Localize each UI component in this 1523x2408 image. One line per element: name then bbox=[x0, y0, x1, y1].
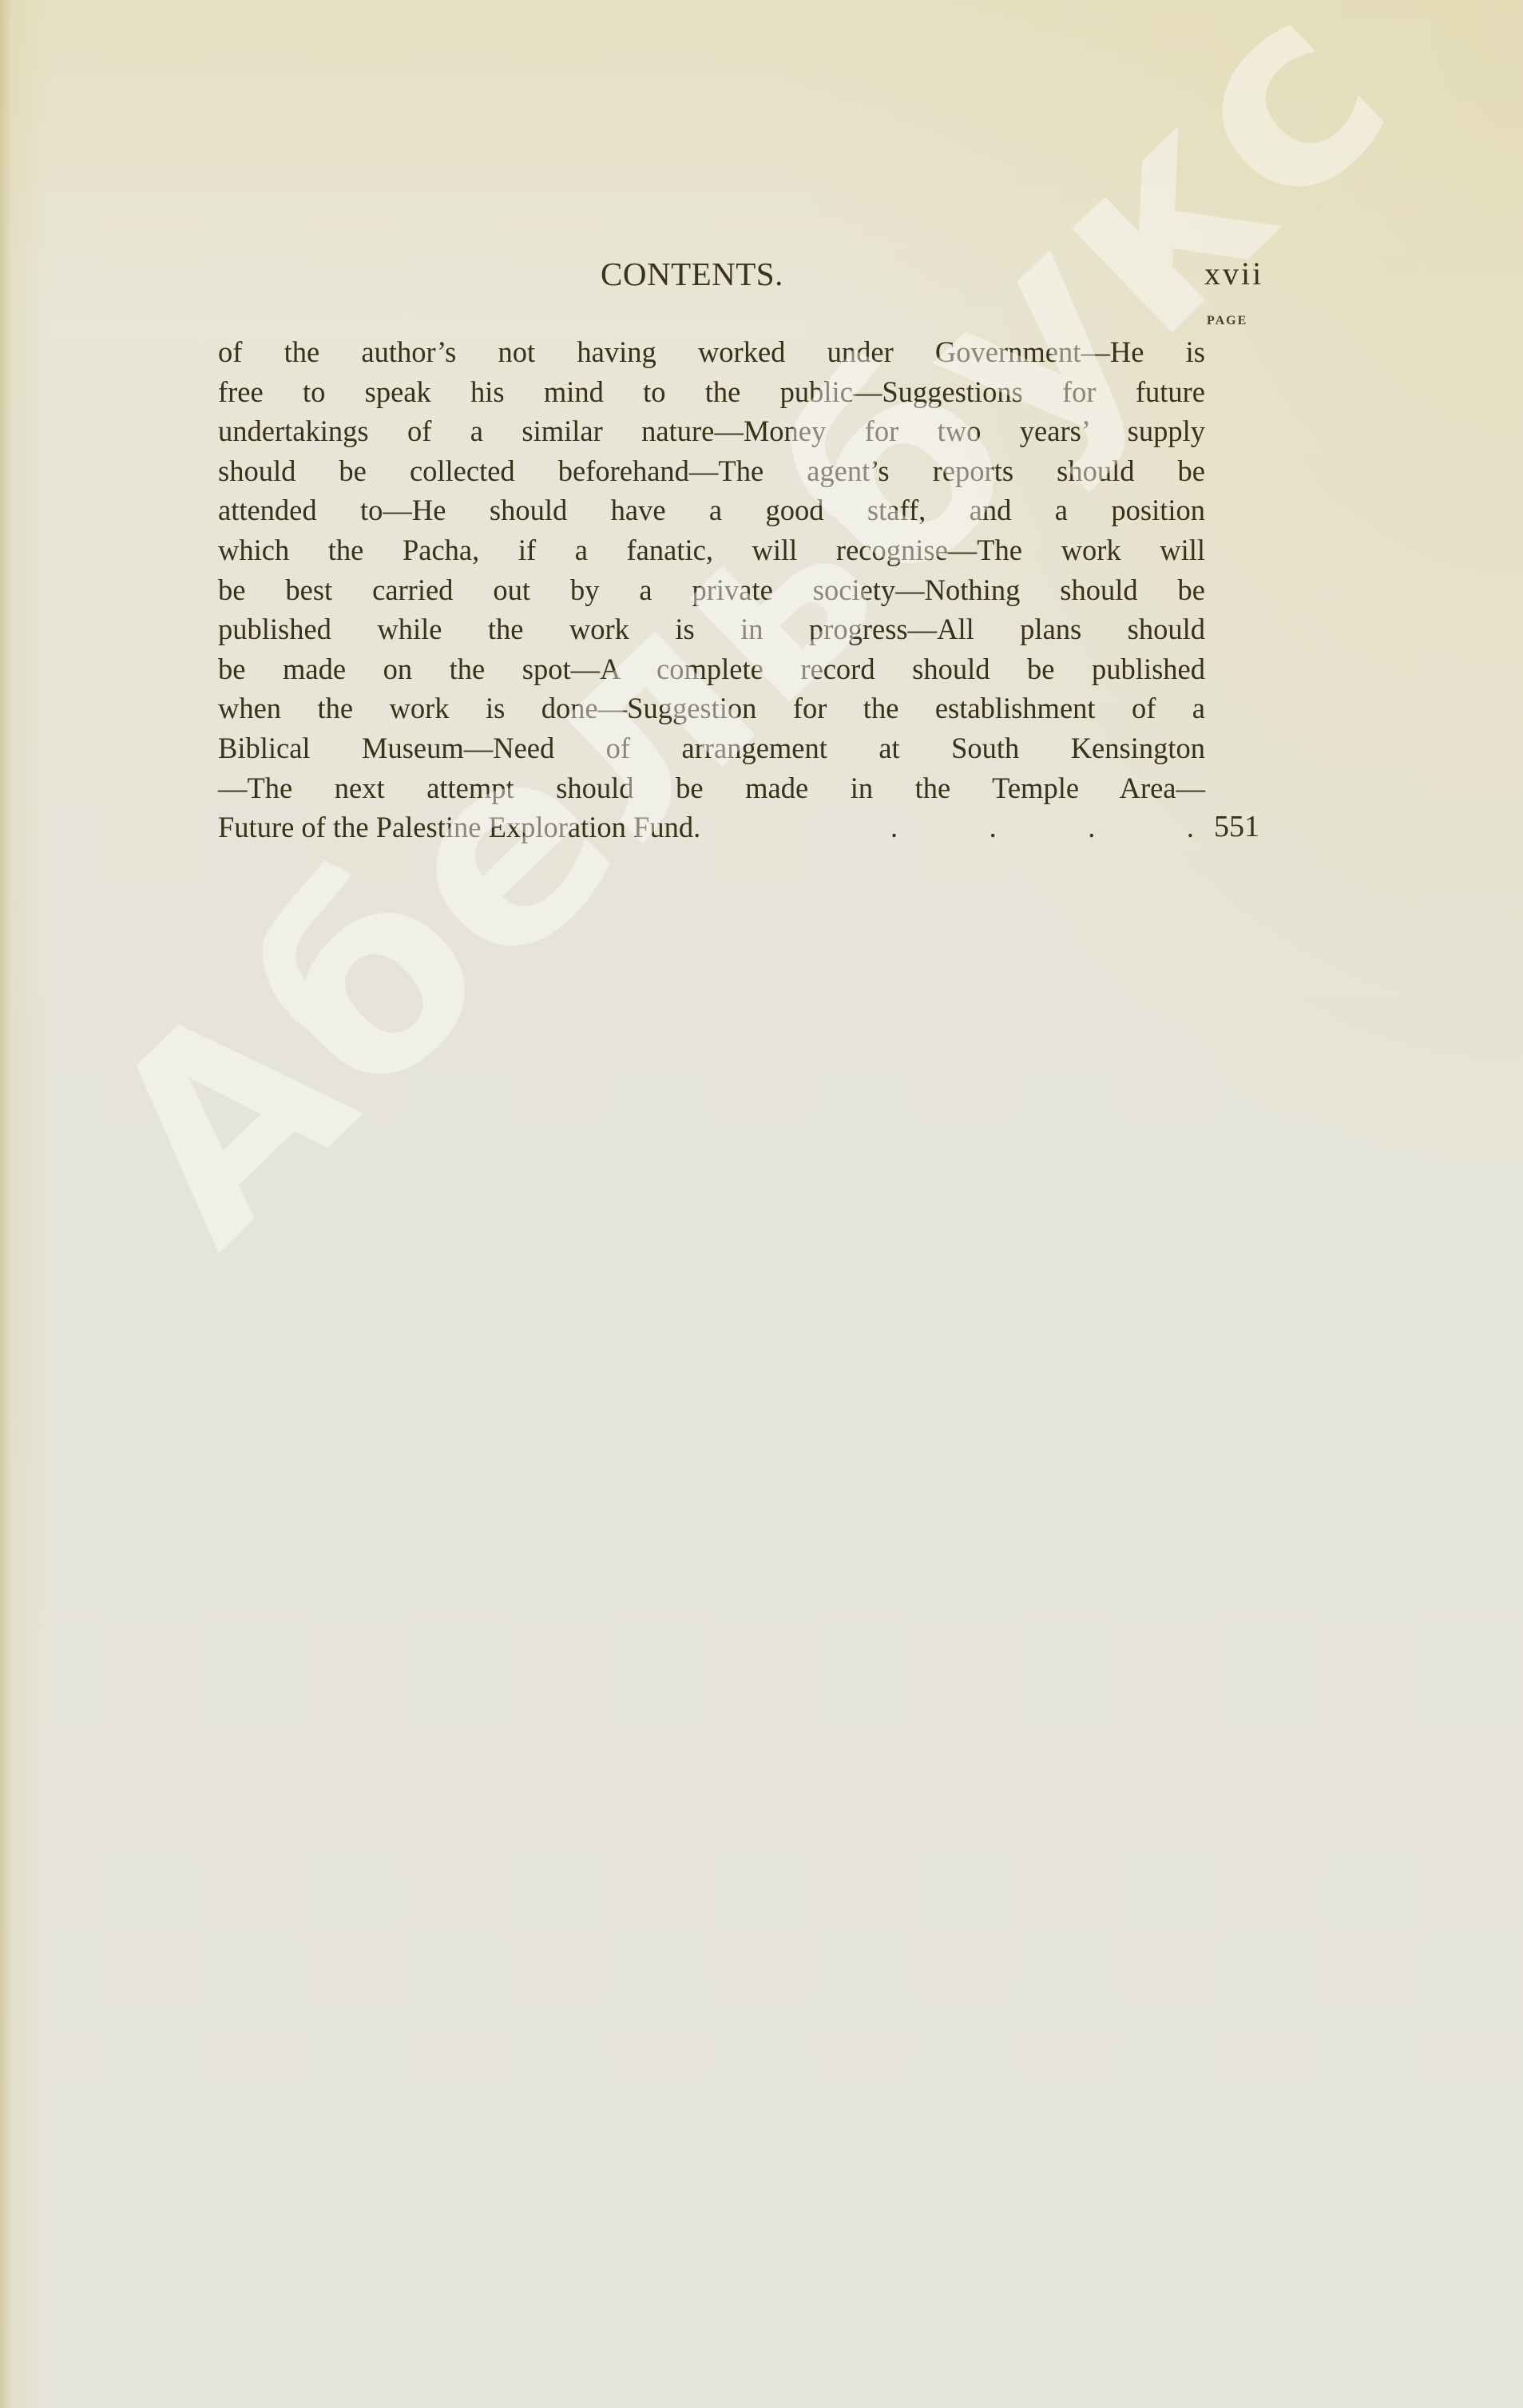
entry-line: attended to—He should have a good staff,… bbox=[218, 490, 1205, 530]
running-head: CONTENTS. xvii bbox=[0, 254, 1523, 294]
folio-roman-page-number: xvii bbox=[1204, 254, 1263, 294]
entry-line: should be collected beforehand—The agent… bbox=[218, 451, 1205, 491]
contents-entry: of the author’s not having worked under … bbox=[218, 332, 1205, 847]
leader-dot: . bbox=[990, 807, 997, 847]
leader-dot: . bbox=[1187, 807, 1194, 847]
entry-line: when the work is done—Suggestion for the… bbox=[218, 688, 1205, 728]
entry-line: which the Pacha, if a fanatic, will reco… bbox=[218, 530, 1205, 570]
entry-line: of the author’s not having worked under … bbox=[218, 332, 1205, 372]
entry-line: published while the work is in progress—… bbox=[218, 609, 1205, 649]
leader-dot: . bbox=[890, 807, 898, 847]
entry-line: be best carried out by a private society… bbox=[218, 570, 1205, 610]
entry-last-line: Future of the Palestine Exploration Fund… bbox=[218, 807, 1205, 847]
page-column-label: PAGE bbox=[1207, 314, 1247, 328]
entry-line: Biblical Museum—Need of arrangement at S… bbox=[218, 728, 1205, 768]
entry-line: Future of the Palestine Exploration Fund… bbox=[218, 811, 700, 843]
entry-page-number: 551 bbox=[1214, 807, 1259, 847]
entry-line: be made on the spot—A complete record sh… bbox=[218, 649, 1205, 689]
page-title: CONTENTS. bbox=[601, 254, 783, 294]
dot-leader: . . . . bbox=[890, 807, 1194, 847]
leader-dot: . bbox=[1088, 807, 1095, 847]
entry-line: —The next attempt should be made in the … bbox=[218, 768, 1205, 808]
entry-line: free to speak his mind to the public—Sug… bbox=[218, 372, 1205, 412]
book-page: CONTENTS. xvii PAGE of the author’s not … bbox=[0, 0, 1523, 2408]
entry-line: undertakings of a similar nature—Money f… bbox=[218, 411, 1205, 451]
